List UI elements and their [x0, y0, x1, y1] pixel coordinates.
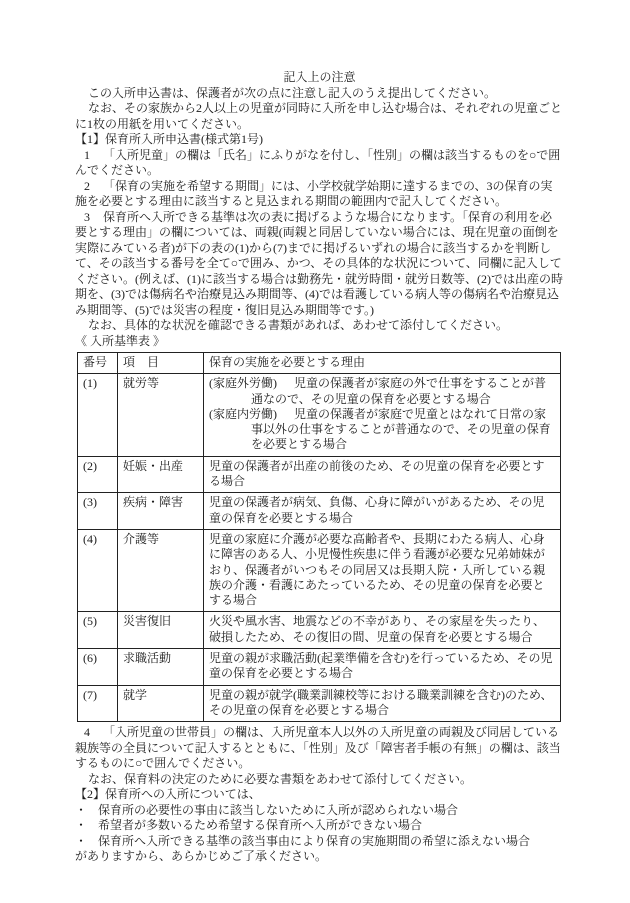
admission-criteria-table: 番号 項 目 保育の実施を必要とする理由 (1) 就労等 (家庭外労働)児童の保… — [77, 352, 561, 722]
part-1-label: (家庭外労働) — [209, 376, 277, 390]
part-1-text: 児童の保護者が家庭の外で仕事をすることが普通なので、その児童の保育を必要とする場… — [251, 376, 546, 405]
row-4-item: 介護等 — [118, 529, 204, 611]
bullet-item-3: ・保育所へ入所できる基準の該当事由により保育の実施期間の希望に添えない場合 — [75, 834, 564, 850]
section1-heading: 【1】保育所入所申込書(様式第1号) — [75, 132, 564, 148]
item-4-note: なお、保育料の決定のために必要な書類をあわせて添付してください。 — [75, 772, 564, 788]
row-1-number: (1) — [78, 374, 118, 456]
row-6-number: (6) — [78, 649, 118, 686]
item-4-number: 4 — [84, 725, 90, 739]
bullet-icon: ・ — [75, 818, 87, 832]
header-reason: 保育の実施を必要とする理由 — [204, 353, 561, 374]
item-4-text: 「入所児童の世帯員」の欄は、入所児童本人以外の入所児童の両親及び同居している親族… — [75, 725, 561, 770]
bullet-icon: ・ — [75, 834, 87, 848]
row-4-reason: 児童の家庭に介護が必要な高齢者や、長期にわたる病人、心身に障害のある人、小児慢性… — [204, 529, 561, 611]
row-1-item: 就労等 — [118, 374, 204, 456]
table-caption: 《 入所基準表 》 — [75, 334, 564, 350]
row-1-reason: (家庭外労働)児童の保護者が家庭の外で仕事をすることが普通なので、その児童の保育… — [204, 374, 561, 456]
bullet-item-2: ・希望者が多数いるため希望する保育所へ入所ができない場合 — [75, 818, 564, 834]
row-3-reason: 児童の保護者が病気、負傷、心身に障がいがあるため、その児童の保育を必要とする場合 — [204, 493, 561, 530]
item-1-text: 「入所児童」の欄は「氏名」にふりがなを付し、「性別」の欄は該当するものを○で囲ん… — [75, 148, 560, 178]
part-2-text: 児童の保護者が家庭で児童とはなれて日常の家事以外の仕事をすることが普通なので、そ… — [251, 407, 551, 452]
row-1-reason-part-2: (家庭内労働)児童の保護者が家庭で児童とはなれて日常の家事以外の仕事をすることが… — [209, 407, 555, 453]
item-3-number: 3 — [84, 210, 90, 224]
bullet-item-1: ・保育所の必要性の事由に該当しないために入所が認められない場合 — [75, 803, 564, 819]
item-1-number: 1 — [84, 148, 90, 162]
numbered-item-4: 4「入所児童の世帯員」の欄は、入所児童本人以外の入所児童の両親及び同居している親… — [75, 725, 564, 772]
page-title: 記入上の注意 — [75, 70, 564, 86]
row-7-reason: 児童の親が就学(職業訓練校等における職業訓練を含む)のため、その児童の保育を必要… — [204, 685, 561, 722]
section2-heading: 【2】保育所への入所については、 — [75, 787, 564, 803]
row-7-item: 就学 — [118, 685, 204, 722]
intro-paragraph-2: なお、その家族から2人以上の児童が同時に入所を申し込む場合は、それぞれの児童ごと… — [75, 101, 564, 132]
row-3-number: (3) — [78, 493, 118, 530]
row-6-reason: 児童の親が求職活動(起業準備を含む)を行っているため、その児童の保育を必要とする… — [204, 649, 561, 686]
numbered-item-3: 3保育所へ入所できる基準は次の表に掲げるような場合になります。「保育の利用を必要… — [75, 210, 564, 319]
bullet-3-text: 保育所へ入所できる基準の該当事由により保育の実施期間の希望に添えない場合 — [98, 834, 530, 848]
row-1-reason-part-1: (家庭外労働)児童の保護者が家庭の外で仕事をすることが普通なので、その児童の保育… — [209, 376, 555, 407]
item-3-text: 保育所へ入所できる基準は次の表に掲げるような場合になります。「保育の利用を必要と… — [75, 210, 563, 317]
table-row-1: (1) 就労等 (家庭外労働)児童の保護者が家庭の外で仕事をすることが普通なので… — [78, 374, 561, 456]
intro-paragraph-1: この入所申込書は、保護者が次の点に注意し記入のうえ提出してください。 — [75, 86, 564, 102]
row-6-item: 求職活動 — [118, 649, 204, 686]
table-row-4: (4) 介護等 児童の家庭に介護が必要な高齢者や、長期にわたる病人、心身に障害の… — [78, 529, 561, 611]
row-5-reason: 火災や風水害、地震などの不幸があり、その家屋を失ったり、破損したため、その復旧の… — [204, 612, 561, 649]
table-row-7: (7) 就学 児童の親が就学(職業訓練校等における職業訓練を含む)のため、その児… — [78, 685, 561, 722]
row-4-number: (4) — [78, 529, 118, 611]
table-row-2: (2) 妊娠・出産 児童の保護者が出産の前後のため、その児童の保育を必要とする場… — [78, 456, 561, 493]
numbered-item-1: 1「入所児童」の欄は「氏名」にふりがなを付し、「性別」の欄は該当するものを○で囲… — [75, 148, 564, 179]
numbered-item-2: 2「保育の実施を希望する期間」には、小学校就学始期に達するまでの、3の保育の実施… — [75, 179, 564, 210]
item-3-note: なお、具体的な状況を確認できる書類があれば、あわせて添付してください。 — [75, 318, 564, 334]
table-row-6: (6) 求職活動 児童の親が求職活動(起業準備を含む)を行っているため、その児童… — [78, 649, 561, 686]
table-row-5: (5) 災害復旧 火災や風水害、地震などの不幸があり、その家屋を失ったり、破損し… — [78, 612, 561, 649]
row-7-number: (7) — [78, 685, 118, 722]
row-5-item: 災害復旧 — [118, 612, 204, 649]
row-2-reason: 児童の保護者が出産の前後のため、その児童の保育を必要とする場合 — [204, 456, 561, 493]
row-2-item: 妊娠・出産 — [118, 456, 204, 493]
header-number: 番号 — [78, 353, 118, 374]
row-2-number: (2) — [78, 456, 118, 493]
table-row-3: (3) 疾病・障害 児童の保護者が病気、負傷、心身に障がいがあるため、その児童の… — [78, 493, 561, 530]
bullet-1-text: 保育所の必要性の事由に該当しないために入所が認められない場合 — [98, 803, 458, 817]
table-header-row: 番号 項 目 保育の実施を必要とする理由 — [78, 353, 561, 374]
bullet-2-text: 希望者が多数いるため希望する保育所へ入所ができない場合 — [98, 818, 422, 832]
document-page: 記入上の注意 この入所申込書は、保護者が次の点に注意し記入のうえ提出してください… — [0, 0, 630, 903]
part-2-label: (家庭内労働) — [209, 407, 277, 421]
row-5-number: (5) — [78, 612, 118, 649]
bullet-icon: ・ — [75, 803, 87, 817]
item-2-number: 2 — [84, 179, 90, 193]
closing-text: がありますから、あらかじめご了承ください。 — [75, 849, 564, 865]
header-item: 項 目 — [118, 353, 204, 374]
row-3-item: 疾病・障害 — [118, 493, 204, 530]
item-2-text: 「保育の実施を希望する期間」には、小学校就学始期に達するまでの、3の保育の実施を… — [75, 179, 553, 209]
